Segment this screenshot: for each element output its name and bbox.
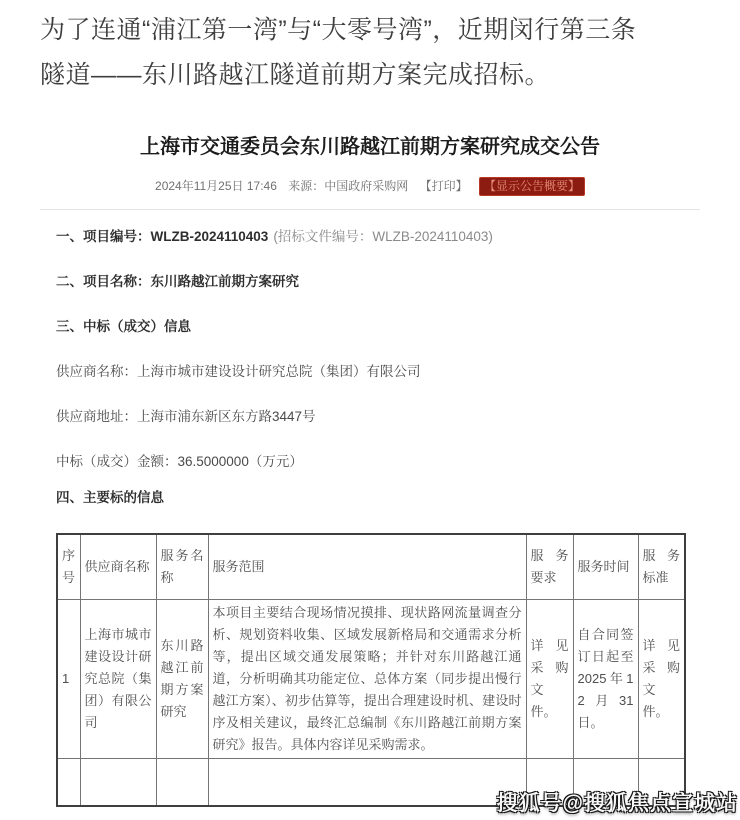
bid-table: 序号 供应商名称 服务名称 服务范围 服务要求 服务时间 服务标准 1 上海市城… — [56, 533, 686, 807]
cell-service-requirement: 详见采购文件。 — [526, 600, 573, 759]
section-award-info: 三、中标（成交）信息 — [56, 318, 684, 336]
announcement-title: 上海市交通委员会东川路越江前期方案研究成交公告 — [20, 134, 720, 160]
watermark: 搜狐号@搜狐焦点宣城站 — [497, 787, 738, 817]
show-summary-button[interactable]: 【显示公告概要】 — [479, 177, 585, 196]
cell-supplier: 上海市城市建设设计研究总院（集团）有限公司 — [80, 600, 156, 759]
section-project-number: 一、项目编号：WLZB-2024110403(招标文件编号：WLZB-20241… — [56, 228, 684, 246]
supplier-address-line: 供应商地址：上海市浦东新区东方路3447号 — [56, 408, 684, 426]
intro-line-1: 为了连通“浦江第一湾”与“大零号湾”，近期闵行第三条 — [40, 8, 704, 53]
intro-line-2: 隧道——东川路越江隧道前期方案完成招标。 — [40, 53, 704, 98]
section-project-name: 二、项目名称：东川路越江前期方案研究 — [56, 273, 684, 291]
award-amount-line: 中标（成交）金额：36.5000000（万元） — [56, 453, 684, 471]
cell-service-standard: 详见采购文件。 — [638, 600, 685, 759]
table-header-row: 序号 供应商名称 服务名称 服务范围 服务要求 服务时间 服务标准 — [57, 534, 685, 600]
page: 为了连通“浦江第一湾”与“大零号湾”，近期闵行第三条 隧道——东川路越江隧道前期… — [0, 0, 740, 807]
project-number-value: WLZB-2024110403 — [151, 229, 269, 244]
cell-service-scope: 本项目主要结合现场情况摸排、现状路网流量调查分析、规划资料收集、区域发展新格局和… — [208, 600, 526, 759]
col-header-service-requirement: 服务要求 — [526, 534, 573, 600]
cell-seq: 1 — [57, 600, 80, 759]
col-header-seq: 序号 — [57, 534, 80, 600]
col-header-service-time: 服务时间 — [573, 534, 638, 600]
cell-service-time: 自合同签订日起至2025年12月31日。 — [573, 600, 638, 759]
empty-cell — [156, 759, 208, 807]
col-header-service-scope: 服务范围 — [208, 534, 526, 600]
cell-service-name: 东川路越江前期方案研究 — [156, 600, 208, 759]
empty-cell — [208, 759, 526, 807]
col-header-supplier: 供应商名称 — [80, 534, 156, 600]
tender-doc-number: (招标文件编号：WLZB-2024110403) — [273, 229, 493, 244]
divider — [40, 209, 700, 210]
print-link[interactable]: 【打印】 — [420, 179, 468, 193]
intro-paragraph: 为了连通“浦江第一湾”与“大零号湾”，近期闵行第三条 隧道——东川路越江隧道前期… — [0, 0, 740, 98]
announcement-body: 一、项目编号：WLZB-2024110403(招标文件编号：WLZB-20241… — [56, 228, 684, 507]
table-row: 1 上海市城市建设设计研究总院（集团）有限公司 东川路越江前期方案研究 本项目主… — [57, 600, 685, 759]
project-number-label: 一、项目编号： — [56, 229, 151, 244]
col-header-service-name: 服务名称 — [156, 534, 208, 600]
empty-cell — [80, 759, 156, 807]
col-header-service-standard: 服务标准 — [638, 534, 685, 600]
announcement-meta: 2024年11月25日 17:46 来源：中国政府采购网 【打印】 【显示公告概… — [0, 177, 740, 196]
publish-datetime: 2024年11月25日 17:46 — [155, 179, 277, 193]
source-label: 来源：中国政府采购网 — [288, 179, 408, 193]
empty-cell — [57, 759, 80, 807]
supplier-name-line: 供应商名称：上海市城市建设设计研究总院（集团）有限公司 — [56, 363, 684, 381]
section-main-subject: 四、主要标的信息 — [56, 489, 684, 507]
